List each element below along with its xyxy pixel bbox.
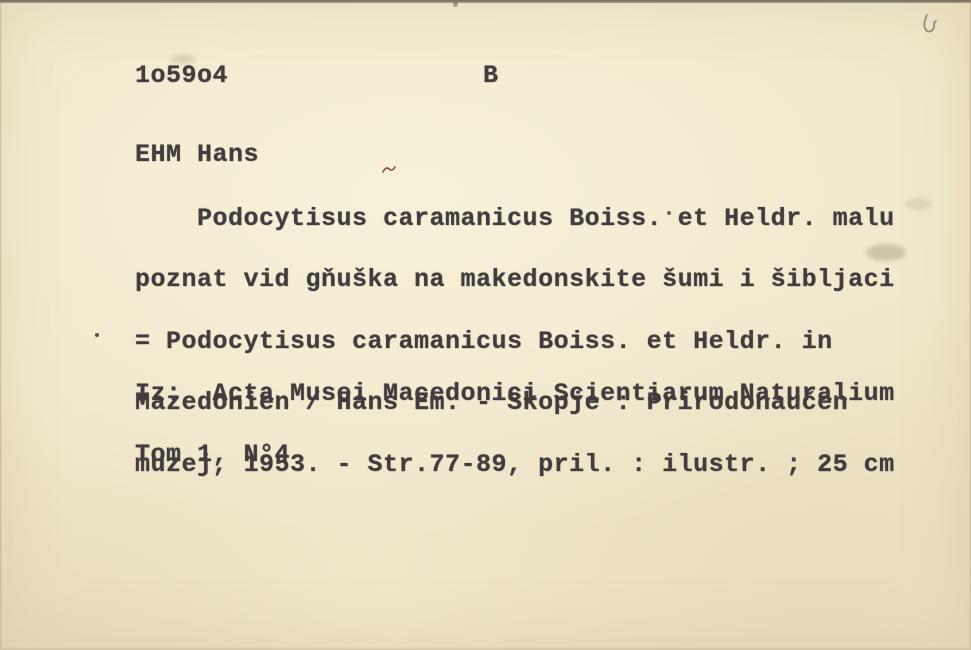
smudge: [170, 54, 196, 64]
call-number: 1o59o4: [135, 63, 228, 88]
stray-period-mark: [667, 211, 671, 215]
section-letter: B: [483, 63, 499, 88]
body-line: poznat vid gňuška na makedonskite šumi i…: [135, 267, 895, 292]
ink-speck: [95, 333, 99, 337]
body-line: Podocytisus caramanicus Boiss. et Heldr.…: [135, 206, 895, 231]
source-note: Iz: Acta Musei Macedonici Scientiarum Na…: [135, 345, 895, 504]
catalog-card: 1o59o4 B EHM Hans Podocytisus caramanicu…: [0, 0, 971, 650]
source-line: Iz: Acta Musei Macedonici Scientiarum Na…: [135, 381, 895, 406]
red-caron-mark: [382, 165, 396, 175]
smudge: [905, 198, 931, 210]
pencil-check-mark: [918, 12, 944, 38]
author-heading: EHM Hans: [135, 142, 259, 167]
source-line: Tom 1, N°4: [135, 442, 895, 467]
paper-speck: [453, 1, 458, 7]
scan-edge-left: [0, 0, 2, 650]
smudge: [866, 244, 906, 261]
scan-edge-top: [0, 0, 971, 3]
